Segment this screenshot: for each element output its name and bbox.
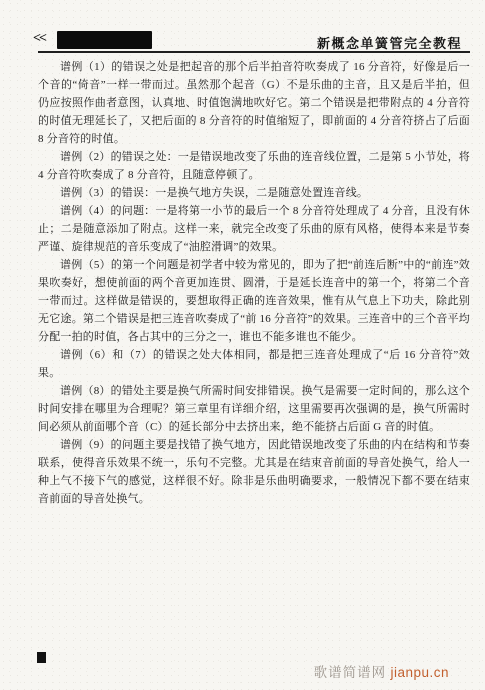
paragraph-example-9: 谱例（9）的问题主要是找错了换气地方，因此错误地改变了乐曲的内在结构和节奏联系，…	[38, 436, 470, 508]
site-watermark: 歌谱简谱网 jianpu.cn	[314, 661, 449, 681]
paragraph-example-5: 谱例（5）的第一个问题是初学者中较为常见的，即为了把“前连后断”中的“前连”效果…	[38, 256, 470, 346]
back-chevrons-icon: <<	[33, 31, 45, 47]
watermark-site-name: 歌谱简谱网	[314, 665, 387, 680]
paragraph-example-3: 谱例（3）的错误：一是换气地方失误，二是随意处置连音线。	[38, 184, 470, 202]
paragraph-example-6-7: 谱例（6）和（7）的错误之处大体相同，都是把三连音处理成了“后 16 分音符”效…	[38, 346, 470, 382]
paragraph-example-8: 谱例（8）的错处主要是换气所需时间安排错误。换气是需要一定时间的，那么这个时间安…	[38, 382, 470, 436]
watermark-site-url: jianpu.cn	[390, 665, 449, 680]
header-divider	[38, 51, 470, 53]
paragraph-example-4: 谱例（4）的问题：一是将第一小节的最后一个 8 分音符处理成了 4 分音，且没有…	[38, 202, 470, 256]
book-title: 新概念单簧管完全教程	[317, 33, 462, 52]
paragraph-example-2: 谱例（2）的错误之处：一是错误地改变了乐曲的连音线位置，二是第 5 小节处，将 …	[38, 148, 470, 184]
page-number-marker	[37, 652, 46, 663]
scanned-book-page: << 新概念单簧管完全教程 谱例（1）的错误之处是把起音的那个后半拍音符吹奏成了…	[0, 0, 485, 690]
paragraph-example-1: 谱例（1）的错误之处是把起音的那个后半拍音符吹奏成了 16 分音符，好像是后一个…	[38, 58, 470, 148]
page-body-text: 谱例（1）的错误之处是把起音的那个后半拍音符吹奏成了 16 分音符，好像是后一个…	[38, 58, 470, 508]
redacted-chapter-label	[57, 31, 152, 49]
